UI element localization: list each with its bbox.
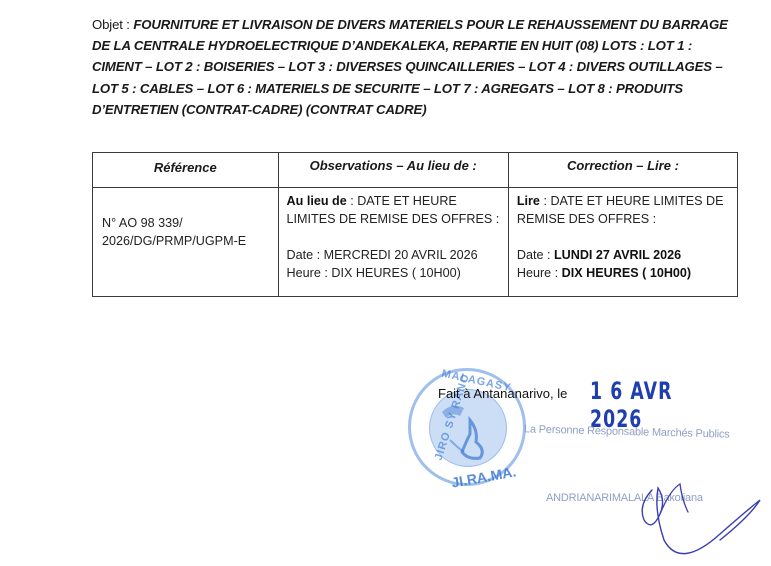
observations-date-value: MERCREDI 20 AVRIL 2026 [324, 248, 478, 262]
correction-date-value: LUNDI 27 AVRIL 2026 [554, 248, 681, 262]
cell-correction: Lire : DATE ET HEURE LIMITES DE REMISE D… [508, 188, 737, 297]
erratum-table: Référence Observations – Au lieu de : Co… [92, 152, 738, 297]
observations-time-label: Heure : [287, 266, 332, 280]
observations-date-label: Date : [287, 248, 324, 262]
stamp-bottom-text: JI.RA.MA. [450, 463, 517, 490]
correction-time-value: DIX HEURES ( 10H00) [562, 266, 691, 280]
correction-lead-rest: : DATE ET HEURE LIMITES DE REMISE DES OF… [517, 194, 724, 226]
subject-text: FOURNITURE ET LIVRAISON DE DIVERS MATERI… [92, 17, 728, 117]
correction-time: Heure : DIX HEURES ( 10H00) [517, 264, 731, 282]
observations-date: Date : MERCREDI 20 AVRIL 2026 [287, 246, 502, 264]
subject-label: Objet : [92, 17, 133, 32]
reference-line-1: N° AO 98 339/ [102, 214, 278, 232]
signature-block: MALAGASY JIRO SY RANO JI.RA.MA. Fait à A… [400, 360, 771, 566]
correction-lead-bold: Lire [517, 194, 540, 208]
observations-lead-bold: Au lieu de [287, 194, 347, 208]
place-and-date-text: Fait à Antananarivo, le [438, 386, 567, 401]
handwritten-signature-icon [630, 470, 765, 560]
correction-time-label: Heure : [517, 266, 562, 280]
correction-lead: Lire : DATE ET HEURE LIMITES DE REMISE D… [517, 192, 731, 228]
correction-date-label: Date : [517, 248, 554, 262]
cell-reference: N° AO 98 339/ 2026/DG/PRMP/UGPM-E [93, 188, 279, 297]
header-correction: Correction – Lire : [508, 153, 737, 188]
correction-date: Date : LUNDI 27 AVRIL 2026 [517, 246, 731, 264]
observations-time-value: DIX HEURES ( 10H00) [331, 266, 460, 280]
document-subject: Objet : FOURNITURE ET LIVRAISON DE DIVER… [92, 14, 732, 120]
cell-observations: Au lieu de : DATE ET HEURE LIMITES DE RE… [278, 188, 508, 297]
observations-lead: Au lieu de : DATE ET HEURE LIMITES DE RE… [287, 192, 502, 228]
header-reference: Référence [93, 153, 279, 188]
header-observations: Observations – Au lieu de : [278, 153, 508, 188]
observations-time: Heure : DIX HEURES ( 10H00) [287, 264, 502, 282]
reference-line-2: 2026/DG/PRMP/UGPM-E [102, 232, 278, 250]
table-header-row: Référence Observations – Au lieu de : Co… [93, 153, 738, 188]
table-row: N° AO 98 339/ 2026/DG/PRMP/UGPM-E Au lie… [93, 188, 738, 297]
